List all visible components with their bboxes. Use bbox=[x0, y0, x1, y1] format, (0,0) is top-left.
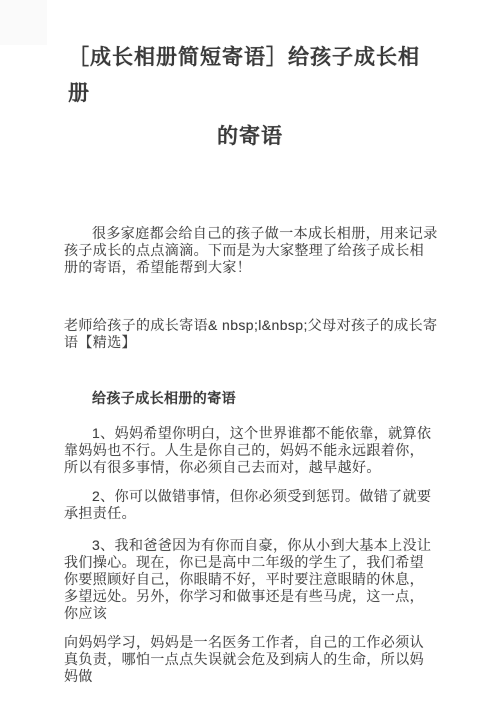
intro-paragraph: 很多家庭都会给自己的孩子做一本成长相册，用来记录孩子成长的点点滴滴。下而是为大家… bbox=[64, 225, 438, 276]
document-title-tail: 的寄语 bbox=[0, 124, 500, 150]
section-heading: 给孩子成长相册的寄语 bbox=[64, 390, 438, 407]
document-page: ［成长相册简短寄语］给孩子成长相册 的寄语 很多家庭都会给自己的孩子做一本成长相… bbox=[0, 0, 500, 707]
paragraph-item-2: 2、你可以做错事情，但你必须受到惩罚。做错了就要承担责任。 bbox=[64, 488, 438, 522]
document-title: ［成长相册简短寄语］给孩子成长相册 bbox=[68, 40, 438, 112]
paragraph-item-4-continuation: 向妈妈学习，妈妈是一名医务工作者，自己的工作必须认真负责，哪怕一点点失误就会危及… bbox=[64, 634, 438, 685]
scan-corner-artifact bbox=[0, 0, 47, 45]
related-topics-line: 老师给孩子的成长寄语& nbsp;l&nbsp;父母对孩子的成长寄语【精选】 bbox=[64, 317, 438, 351]
paragraph-item-3: 3、我和爸爸因为有你而自豪，你从小到大基本上没让我们操心。现在，你已是高中二年级… bbox=[64, 537, 438, 622]
paragraph-item-1: 1、妈妈希望你明白，这个世界谁都不能依靠，就算依靠妈妈也不行。人生是你自己的，妈… bbox=[64, 425, 438, 476]
